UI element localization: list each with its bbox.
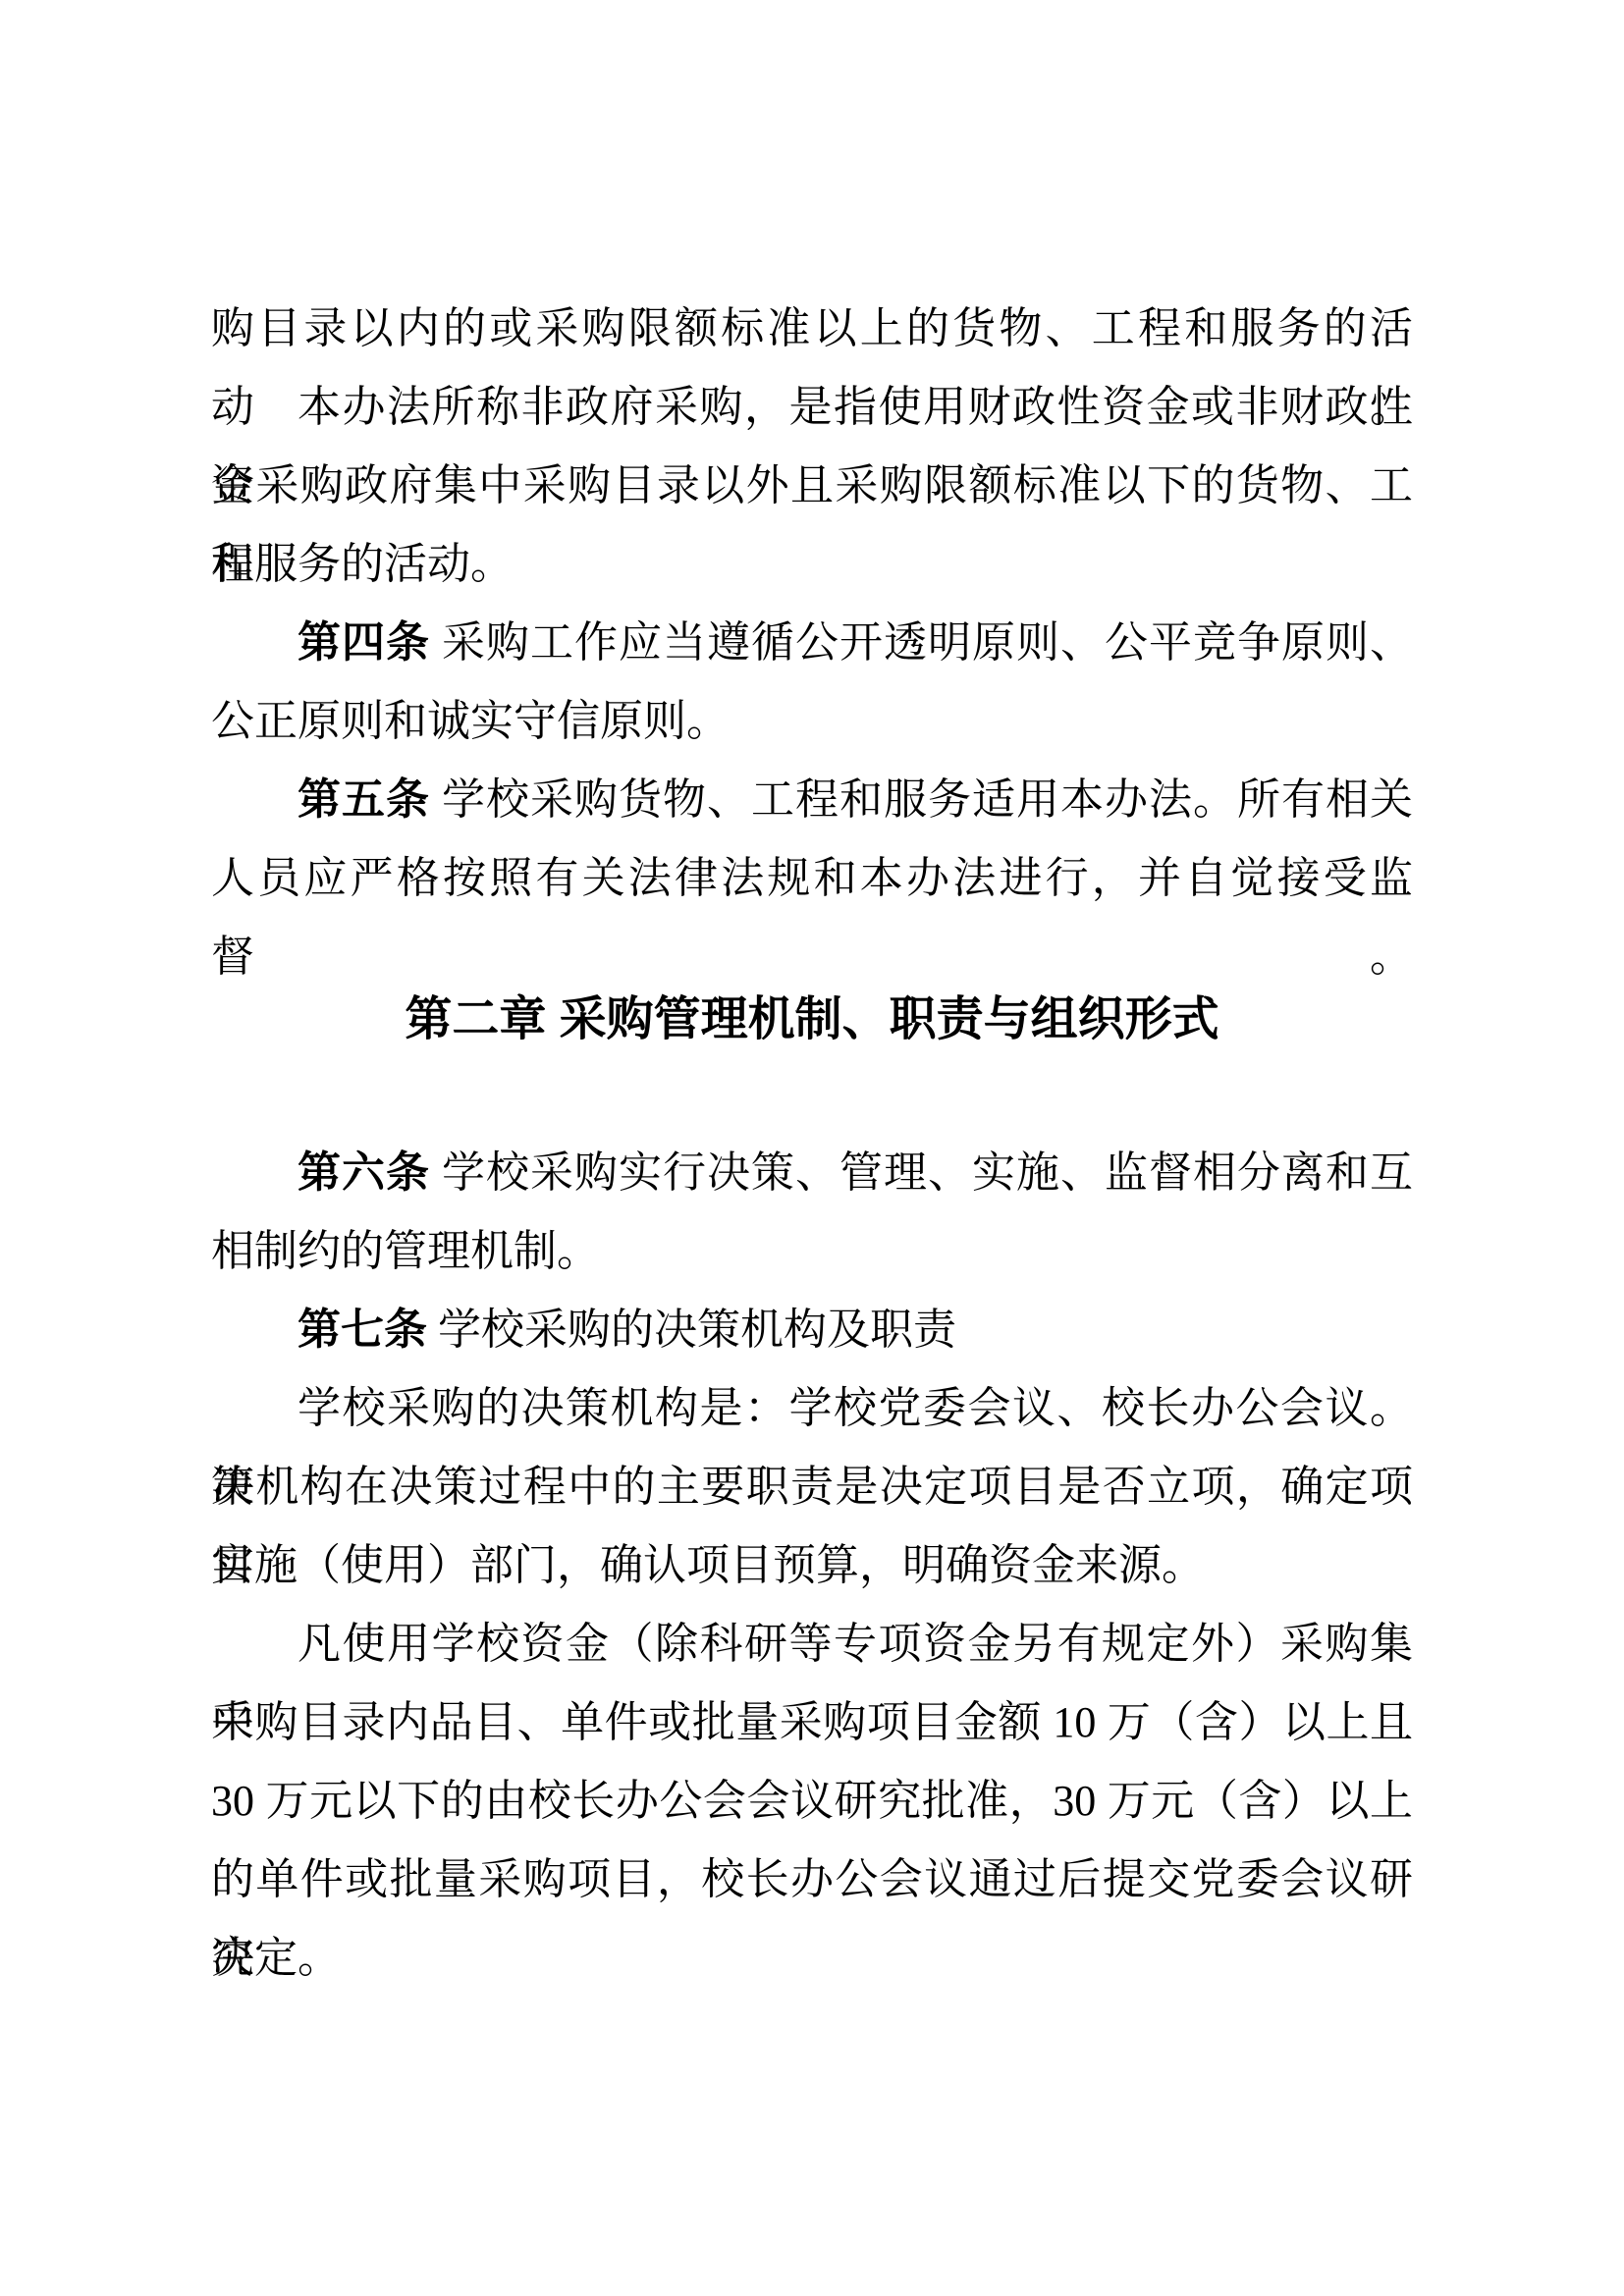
line-text: 相制约的管理机制。 <box>211 1227 600 1275</box>
line-text: 采购目录内品目、单件或批量采购项目金额 10 万（含）以上且 <box>211 1698 1413 1746</box>
text-line: 本办法所称非政府采购，是指使用财政性资金或非财政性资 <box>211 368 1413 447</box>
text-line: 人员应严格按照有关法律法规和本办法进行，并自觉接受监督。 <box>211 839 1413 918</box>
text-line: 决定。 <box>211 1919 1413 1998</box>
line-text: 人员应严格按照有关法律法规和本办法进行，并自觉接受监督。 <box>211 854 1413 981</box>
text-line: 采购目录内品目、单件或批量采购项目金额 10 万（含）以上且 <box>211 1683 1413 1762</box>
text-line: 学校采购的决策机构是：学校党委会议、校长办公会议。决 <box>211 1369 1413 1448</box>
line-text: 和服务的活动。 <box>211 540 514 588</box>
article-number-label: 第四条 <box>298 618 430 667</box>
article-number-label: 第五条 <box>298 775 430 824</box>
document-page: 购目录以内的或采购限额标准以上的货物、工程和服务的活动。 本办法所称非政府采购，… <box>0 0 1624 2296</box>
text-line: 和服务的活动。 <box>211 525 1413 604</box>
text-line: 金采购政府集中采购目录以外且采购限额标准以下的货物、工程 <box>211 447 1413 525</box>
line-text: 采购工作应当遵循公开透明原则、公平竞争原则、 <box>430 618 1413 667</box>
text-line: 策机构在决策过程中的主要职责是决定项目是否立项，确定项目 <box>211 1448 1413 1526</box>
text-line: 实施（使用）部门，确认项目预算，明确资金来源。 <box>211 1526 1413 1605</box>
line-text: 学校采购的决策机构及职责 <box>427 1306 956 1354</box>
text-line: 相制约的管理机制。 <box>211 1212 1413 1291</box>
text-line: 第四条 采购工作应当遵循公开透明原则、公平竞争原则、 <box>211 604 1413 682</box>
text-line: 第七条 学校采购的决策机构及职责 <box>211 1291 1413 1369</box>
article-number-label: 第六条 <box>298 1148 430 1197</box>
text-line: 第六条 学校采购实行决策、管理、实施、监督相分离和互 <box>211 1134 1413 1212</box>
line-text: 30 万元以下的由校长办公会会议研究批准，30 万元（含）以上 <box>211 1777 1413 1825</box>
document-body: 购目录以内的或采购限额标准以上的货物、工程和服务的活动。 本办法所称非政府采购，… <box>211 290 1413 1998</box>
article-number-label: 第七条 <box>298 1306 427 1354</box>
line-text: 学校采购货物、工程和服务适用本办法。所有相关 <box>430 775 1413 824</box>
text-line: 的单件或批量采购项目，校长办公会议通过后提交党委会议研究 <box>211 1841 1413 1919</box>
text-line: 购目录以内的或采购限额标准以上的货物、工程和服务的活动。 <box>211 290 1413 368</box>
line-text: 公正原则和诚实守信原则。 <box>211 697 730 745</box>
line-text: 实施（使用）部门，确认项目预算，明确资金来源。 <box>211 1541 1205 1589</box>
text-line: 30 万元以下的由校长办公会会议研究批准，30 万元（含）以上 <box>211 1762 1413 1841</box>
text-line: 公正原则和诚实守信原则。 <box>211 682 1413 761</box>
text-line: 凡使用学校资金（除科研等专项资金另有规定外）采购集中 <box>211 1605 1413 1683</box>
line-text: 学校采购实行决策、管理、实施、监督相分离和互 <box>430 1148 1413 1197</box>
line-text: 决定。 <box>211 1934 341 1982</box>
text-line: 第五条 学校采购货物、工程和服务适用本办法。所有相关 <box>211 761 1413 839</box>
